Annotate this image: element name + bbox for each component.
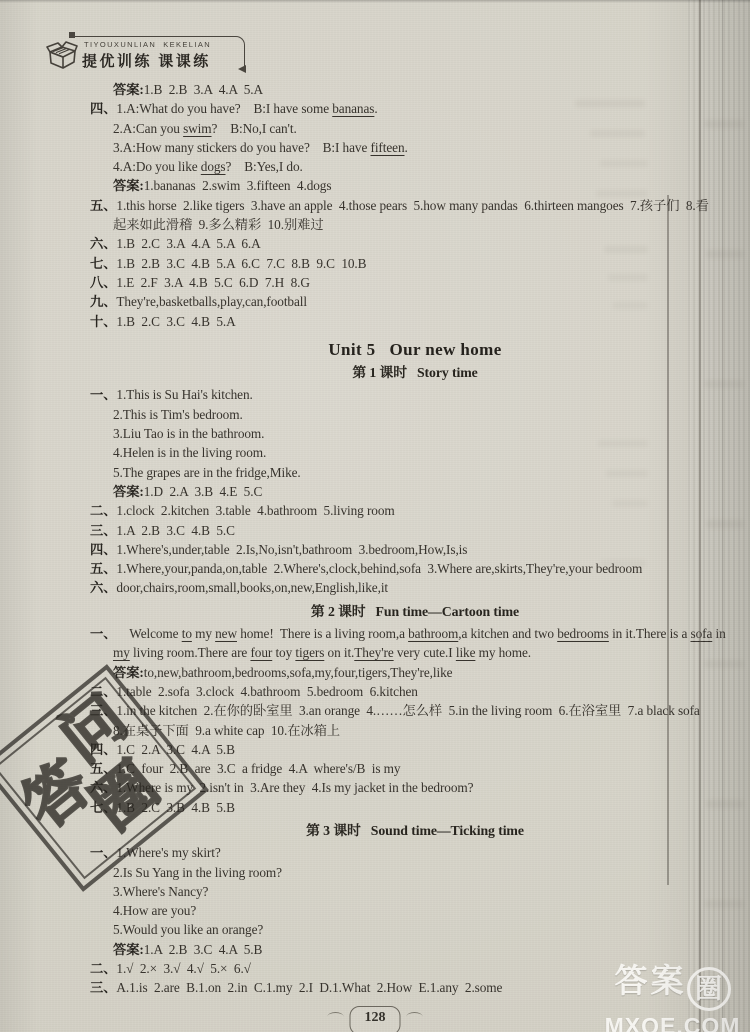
text-line: 二、1.clock 2.kitchen 3.table 4.bathroom 5…: [90, 501, 740, 520]
text-line: 8.在桌子下面 9.a white cap 10.在冰箱上: [90, 721, 740, 740]
text-line: 六、1.B 2.C 3.A 4.A 5.A 6.A: [90, 234, 740, 253]
text-line: 十、1.B 2.C 3.C 4.B 5.A: [90, 312, 740, 331]
text-line: 3.A:How many stickers do you have? B:I h…: [90, 138, 740, 157]
text-line: 六、door,chairs,room,small,books,on,new,En…: [90, 578, 740, 597]
text-line: 答案:to,new,bathroom,bedrooms,sofa,my,four…: [90, 663, 740, 682]
content-column: 答案:1.B 2.B 3.A 4.A 5.A四、1.A:What do you …: [90, 80, 740, 998]
text-line: 4.A:Do you like dogs? B:Yes,I do.: [90, 157, 740, 176]
site-watermark-url: MXQE.COM: [585, 1013, 750, 1032]
text-line: 四、1.Where's,under,table 2.Is,No,isn't,ba…: [90, 540, 740, 559]
page-number: 128: [350, 1006, 401, 1032]
circled-character: 圈: [687, 967, 731, 1011]
text-line: 2.A:Can you swim? B:No,I can't.: [90, 119, 740, 138]
text-line: 八、1.E 2.F 3.A 4.B 5.C 6.D 7.H 8.G: [90, 273, 740, 292]
text-line: 四、1.A:What do you have? B:I have some ba…: [90, 99, 740, 118]
lesson-subtitle: 第 2 课时 Fun time—Cartoon time: [90, 602, 740, 621]
logo-tagline: TIYOUXUNLIAN KEKELIAN: [84, 40, 211, 49]
text-line: 3.Where's Nancy?: [90, 882, 740, 901]
site-watermark-title: 答案圈: [585, 955, 750, 1011]
text-line: 九、They're,basketballs,play,can,football: [90, 292, 740, 311]
site-watermark: 答案圈 MXQE.COM: [585, 955, 750, 1032]
page-number-flourish: [407, 1012, 423, 1021]
text-line: 答案:1.B 2.B 3.A 4.A 5.A: [90, 80, 740, 99]
text-line: 4.How are you?: [90, 901, 740, 920]
page-number-container: 128: [350, 1006, 401, 1032]
text-line: 五、1.this horse 2.like tigers 3.have an a…: [90, 196, 740, 215]
text-line: 一、1.Where's my skirt?: [90, 843, 740, 862]
text-line: 四、1.C 2.A 3.C 4.A 5.B: [90, 740, 740, 759]
text-line: 五、1.Where,your,panda,on,table 2.Where's,…: [90, 559, 740, 578]
text-line: 2.This is Tim's bedroom.: [90, 405, 740, 424]
text-line: 答案:1.bananas 2.swim 3.fifteen 4.dogs: [90, 176, 740, 195]
text-line: 5.Would you like an orange?: [90, 920, 740, 939]
lesson-subtitle: 第 3 课时 Sound time—Ticking time: [90, 821, 740, 840]
text-line: 一、 Welcome to my new home! There is a li…: [90, 624, 740, 643]
logo-title: 提优训练 课课练: [82, 50, 211, 71]
text-line: 2.Is Su Yang in the living room?: [90, 863, 740, 882]
text-line: my living room.There are four toy tigers…: [90, 643, 740, 662]
text-line: 三、1.in the kitchen 2.在你的卧室里 3.an orange …: [90, 701, 740, 720]
text-line: 4.Helen is in the living room.: [90, 443, 740, 462]
text-line: 3.Liu Tao is in the bathroom.: [90, 424, 740, 443]
answer-block: 答案:1.B 2.B 3.A 4.A 5.A四、1.A:What do you …: [90, 80, 740, 331]
lesson-subtitle: 第 1 课时 Story time: [90, 363, 740, 382]
publisher-logo: TIYOUXUNLIAN KEKELIAN 提优训练 课课练: [46, 30, 276, 80]
answer-block: 一、1.This is Su Hai's kitchen.2.This is T…: [90, 385, 740, 597]
text-line: 七、1.B 2.B 3.C 4.B 5.A 6.C 7.C 8.B 9.C 10…: [90, 254, 740, 273]
text-line: 起来如此滑稽 9.多么精彩 10.别难过: [90, 215, 740, 234]
text-line: 一、1.This is Su Hai's kitchen.: [90, 385, 740, 404]
unit-title: Unit 5 Our new home: [90, 340, 740, 359]
text-line: 5.The grapes are in the fridge,Mike.: [90, 463, 740, 482]
text-line: 答案:1.D 2.A 3.B 4.E 5.C: [90, 482, 740, 501]
text-line: 二、1.table 2.sofa 3.clock 4.bathroom 5.be…: [90, 682, 740, 701]
page-number-flourish: [328, 1012, 344, 1021]
scanned-workbook-page: TIYOUXUNLIAN KEKELIAN 提优训练 课课练 答案:1.B 2.…: [0, 0, 750, 1032]
text-line: 三、1.A 2.B 3.C 4.B 5.C: [90, 521, 740, 540]
